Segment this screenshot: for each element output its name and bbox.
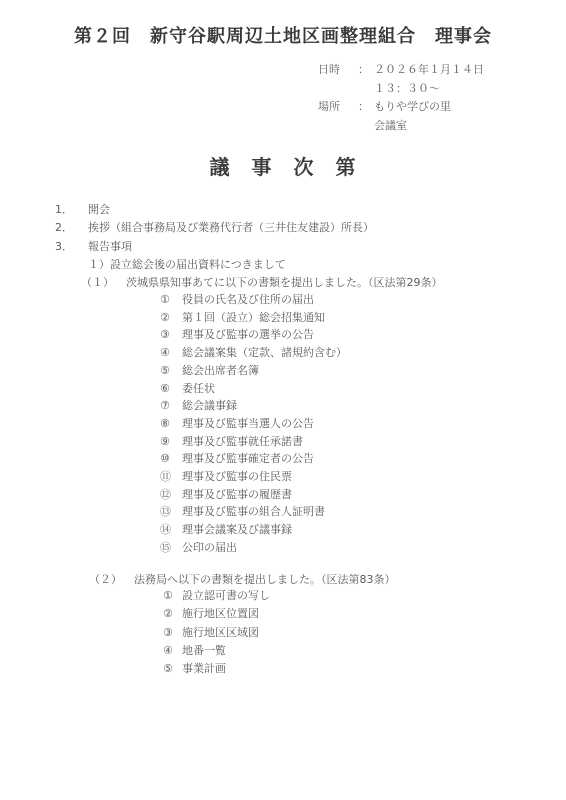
doc-item-label: 総会議事録 — [182, 399, 237, 412]
doc-item: ② 第１回（設立）総会招集通知 — [0, 311, 566, 327]
place-value: もりや学びの里 — [374, 98, 451, 117]
doc-item: ③ 理事及び監事の選挙の公告 — [0, 328, 566, 344]
doc-item-number: ⑧ — [160, 417, 170, 430]
report-subheading-line: １）設立総会後の届出資料につきまして — [0, 258, 566, 274]
meta-time-row: １３：３０～ — [318, 80, 484, 99]
doc-item-label: 役員の氏名及び住所の届出 — [182, 293, 314, 306]
doc-item-label: 地番一覧 — [182, 644, 226, 657]
doc-item-number: ⑤ — [160, 364, 170, 377]
report-subheading: １）設立総会後の届出資料につきまして — [88, 258, 286, 271]
doc-item-number: ⑬ — [160, 505, 171, 518]
doc-item-number: ② — [160, 311, 170, 324]
doc-item-label: 委任状 — [182, 382, 215, 395]
section-2-title-line: （２） 法務局へ以下の書類を提出しました。（区法第83条） — [0, 573, 566, 589]
document-page: 第２回 新守谷駅周辺土地区画整理組合 理事会 日時 ： ２０２６年１月１４日 １… — [0, 0, 566, 800]
section-number: （１） — [81, 276, 114, 289]
doc-item-label: 理事及び監事の選挙の公告 — [182, 328, 314, 341]
meta-datetime-row: 日時 ： ２０２６年１月１４日 — [318, 61, 484, 80]
doc-item: ⑬ 理事及び監事の組合人証明書 — [0, 505, 566, 521]
section-1-title-line: （１） 茨城県県知事あてに以下の書類を提出しました。（区法第29条） — [0, 276, 566, 292]
agenda-item-label: 報告事項 — [88, 240, 132, 253]
doc-item-number: ⑥ — [160, 382, 170, 395]
room-value: 会議室 — [374, 117, 407, 136]
agenda-heading: 議 事 次 第 — [0, 151, 566, 180]
doc-item: ① 役員の氏名及び住所の届出 — [0, 293, 566, 309]
agenda-item-number: 2． — [55, 221, 73, 234]
doc-item-number: ② — [163, 607, 173, 620]
agenda-item: 1． 開会 — [0, 203, 566, 219]
section-title: 茨城県県知事あてに以下の書類を提出しました。（区法第29条） — [126, 276, 443, 289]
agenda-item-number: 3． — [55, 240, 73, 253]
doc-item-label: 理事及び監事の住民票 — [182, 470, 292, 483]
doc-item: ③ 施行地区区域図 — [0, 626, 566, 642]
doc-item: ⑦ 総会議事録 — [0, 399, 566, 415]
doc-item-label: 総会出席者名簿 — [182, 364, 259, 377]
doc-item-number: ③ — [160, 328, 170, 341]
doc-item: ② 施行地区位置図 — [0, 607, 566, 623]
doc-item: ⑫ 理事及び監事の履歴書 — [0, 488, 566, 504]
time-value: １３：３０～ — [374, 80, 440, 99]
datetime-label: 日時 — [318, 61, 358, 80]
doc-item-number: ① — [163, 589, 173, 602]
doc-item: ① 設立認可書の写し — [0, 589, 566, 605]
doc-item: ⑨ 理事及び監事就任承諾書 — [0, 435, 566, 451]
doc-item: ⑪ 理事及び監事の住民票 — [0, 470, 566, 486]
doc-item-label: 施行地区区域図 — [182, 626, 259, 639]
agenda-item: 2． 挨拶（組合事務局及び業務代行者（三井住友建設）所長） — [0, 221, 566, 237]
doc-item-number: ⑭ — [160, 523, 171, 536]
doc-item: ⑤ 総会出席者名簿 — [0, 364, 566, 380]
doc-item-number: ⑤ — [163, 662, 173, 675]
doc-item-number: ④ — [163, 644, 173, 657]
doc-item-label: 第１回（設立）総会招集通知 — [182, 311, 325, 324]
doc-item-label: 施行地区位置図 — [182, 607, 259, 620]
doc-item-label: 事業計画 — [182, 662, 226, 675]
section-number: （２） — [89, 573, 122, 586]
doc-item-label: 設立認可書の写し — [182, 589, 270, 602]
agenda-item-number: 1． — [55, 203, 73, 216]
meta-block: 日時 ： ２０２６年１月１４日 １３：３０～ 場所 ： もりや学びの里 会議室 — [318, 61, 484, 135]
agenda-item-label: 挨拶（組合事務局及び業務代行者（三井住友建設）所長） — [88, 221, 374, 234]
doc-item-number: ⑨ — [160, 435, 170, 448]
doc-item-number: ⑫ — [160, 488, 171, 501]
doc-item: ⑩ 理事及び監事確定者の公告 — [0, 452, 566, 468]
doc-item-number: ③ — [163, 626, 173, 639]
agenda-item: 3． 報告事項 — [0, 240, 566, 256]
doc-item: ⑤ 事業計画 — [0, 662, 566, 678]
place-label: 場所 — [318, 98, 358, 117]
doc-item-label: 理事及び監事就任承諾書 — [182, 435, 303, 448]
doc-item-label: 理事及び監事確定者の公告 — [182, 452, 314, 465]
meta-room-row: 会議室 — [318, 117, 484, 136]
doc-item: ④ 総会議案集（定款、諸規約含む） — [0, 346, 566, 362]
doc-item: ⑧ 理事及び監事当選人の公告 — [0, 417, 566, 433]
doc-item-label: 理事及び監事の組合人証明書 — [182, 505, 325, 518]
place-colon: ： — [358, 98, 374, 117]
doc-item-label: 総会議案集（定款、諸規約含む） — [182, 346, 347, 359]
doc-item: ⑥ 委任状 — [0, 382, 566, 398]
agenda-item-label: 開会 — [88, 203, 110, 216]
doc-item-number: ⑩ — [160, 452, 170, 465]
datetime-colon: ： — [358, 61, 374, 80]
doc-item-label: 理事及び監事の履歴書 — [182, 488, 292, 501]
page-title: 第２回 新守谷駅周辺土地区画整理組合 理事会 — [0, 22, 566, 48]
doc-item-label: 理事及び監事当選人の公告 — [182, 417, 314, 430]
doc-item-label: 公印の届出 — [182, 541, 237, 554]
doc-item-number: ⑦ — [160, 399, 170, 412]
section-title: 法務局へ以下の書類を提出しました。（区法第83条） — [134, 573, 396, 586]
date-value: ２０２６年１月１４日 — [374, 61, 484, 80]
doc-item: ⑭ 理事会議案及び議事録 — [0, 523, 566, 539]
doc-item: ⑮ 公印の届出 — [0, 541, 566, 557]
meta-place-row: 場所 ： もりや学びの里 — [318, 98, 484, 117]
doc-item: ④ 地番一覧 — [0, 644, 566, 660]
doc-item-label: 理事会議案及び議事録 — [182, 523, 292, 536]
doc-item-number: ④ — [160, 346, 170, 359]
doc-item-number: ① — [160, 293, 170, 306]
doc-item-number: ⑮ — [160, 541, 171, 554]
doc-item-number: ⑪ — [160, 470, 171, 483]
